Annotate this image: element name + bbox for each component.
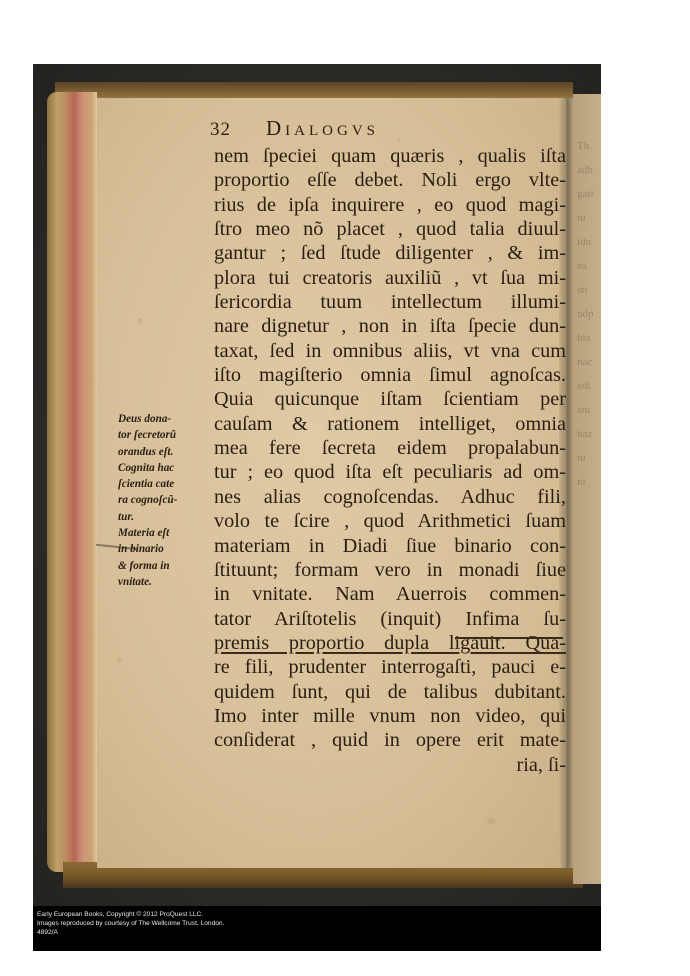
- marginal-note-line: Deus dona-: [118, 411, 218, 427]
- marginal-notes: Deus dona- tor ſecretorũ orandus eſt. Co…: [118, 411, 218, 590]
- text-line-underlined: premis proportio dupla ligauit. Qua-: [214, 631, 566, 655]
- text-line: nes alias cognoſcendas. Adhuc fili,: [214, 485, 566, 509]
- text-line: ſericordia tuum intellectum illumi-: [214, 290, 566, 314]
- text-line: Imo inter mille vnum non video, qui: [214, 704, 566, 728]
- paper-stain: [137, 318, 143, 324]
- marginal-note-line: ra cognoſcũ-: [118, 492, 218, 508]
- text-line-underlined: tator Ariſtotelis (inquit) Infima ſu-: [214, 607, 566, 631]
- marginal-note-line: tur.: [118, 509, 218, 525]
- marginal-note-line: Cognita hac: [118, 460, 218, 476]
- marginal-note-line: & forma in: [118, 558, 218, 574]
- text-line: taxat, ſed in omnibus aliis, vt vna cum: [214, 339, 566, 363]
- copyright-footer: Early European Books, Copyright © 2012 P…: [33, 906, 601, 951]
- text-line: quidem ſunt, qui de talibus dubitant.: [214, 680, 566, 704]
- marginal-note-line: orandus eſt.: [118, 444, 218, 460]
- marginal-note-line: ſcientia cate: [118, 476, 218, 492]
- text-line: plora tui creatoris auxiliũ , vt ſua mi-: [214, 266, 566, 290]
- text-line: cauſam & rationem intelliget, omnia: [214, 412, 566, 436]
- running-title: Dialogvs: [266, 116, 379, 140]
- text-line: mea fere ſecreta eidem propalabun-: [214, 436, 566, 460]
- book-fore-edge: [47, 92, 97, 872]
- text-line: tur ; eo quod iſta eſt peculiaris ad om-: [214, 460, 566, 484]
- paper-stain: [397, 138, 401, 142]
- text-line: iſto magiſterio omnia ſimul agnoſcas.: [214, 363, 566, 387]
- text-line: gantur ; ſed ſtude diligenter , & im-: [214, 241, 566, 265]
- running-head: 32Dialogvs: [210, 116, 379, 141]
- text-line: materiam in Diadi ſiue binario con-: [214, 534, 566, 558]
- marginal-note-line: in binario: [118, 541, 218, 557]
- paper-stain: [117, 658, 122, 663]
- body-text: nem ſpeciei quam quæris , qualis iſta pr…: [214, 144, 566, 777]
- courtesy-line: Images reproduced by courtesy of The Wel…: [37, 919, 601, 928]
- paper-stain: [487, 818, 495, 824]
- text-line: nare dignetur , non in iſta ſpecie dun-: [214, 314, 566, 338]
- text-line: rius de ipſa inquirere , eo quod magi-: [214, 193, 566, 217]
- text-line: ſtituunt; formam vero in monadi ſiue: [214, 558, 566, 582]
- text-line: ſtro meo nõ placet , quod talia diuul-: [214, 217, 566, 241]
- marginal-note-line: tor ſecretorũ: [118, 427, 218, 443]
- text-line: in vnitate. Nam Auerrois commen-: [214, 582, 566, 606]
- page-number: 32: [210, 119, 266, 141]
- underline-mark: [455, 637, 563, 639]
- copyright-line: Early European Books, Copyright © 2012 P…: [37, 910, 601, 919]
- text-line: conſiderat , quid in opere erit mate-: [214, 728, 566, 752]
- text-line: nem ſpeciei quam quæris , qualis iſta: [214, 144, 566, 168]
- text-line: Quia quicunque iſtam ſcientiam per: [214, 387, 566, 411]
- marginal-note-line: Materia eſt: [118, 525, 218, 541]
- text-line: volo te ſcire , quod Arithmetici ſuam: [214, 509, 566, 533]
- catchword-line: ria, ſi-: [214, 753, 566, 777]
- marginal-note-line: vnitate.: [118, 574, 218, 590]
- text-line: proportio eſſe debet. Noli ergo vlte-: [214, 168, 566, 192]
- text-line: re fili, prudenter interrogaſti, pauci e…: [214, 655, 566, 679]
- facing-page-edge: Th adh gati tu idu ea sti ndp bia nac ed…: [573, 94, 601, 884]
- shelfmark-line: 4892/A: [37, 928, 601, 937]
- facing-page-text: Th adh gati tu idu ea sti ndp bia nac ed…: [577, 134, 601, 494]
